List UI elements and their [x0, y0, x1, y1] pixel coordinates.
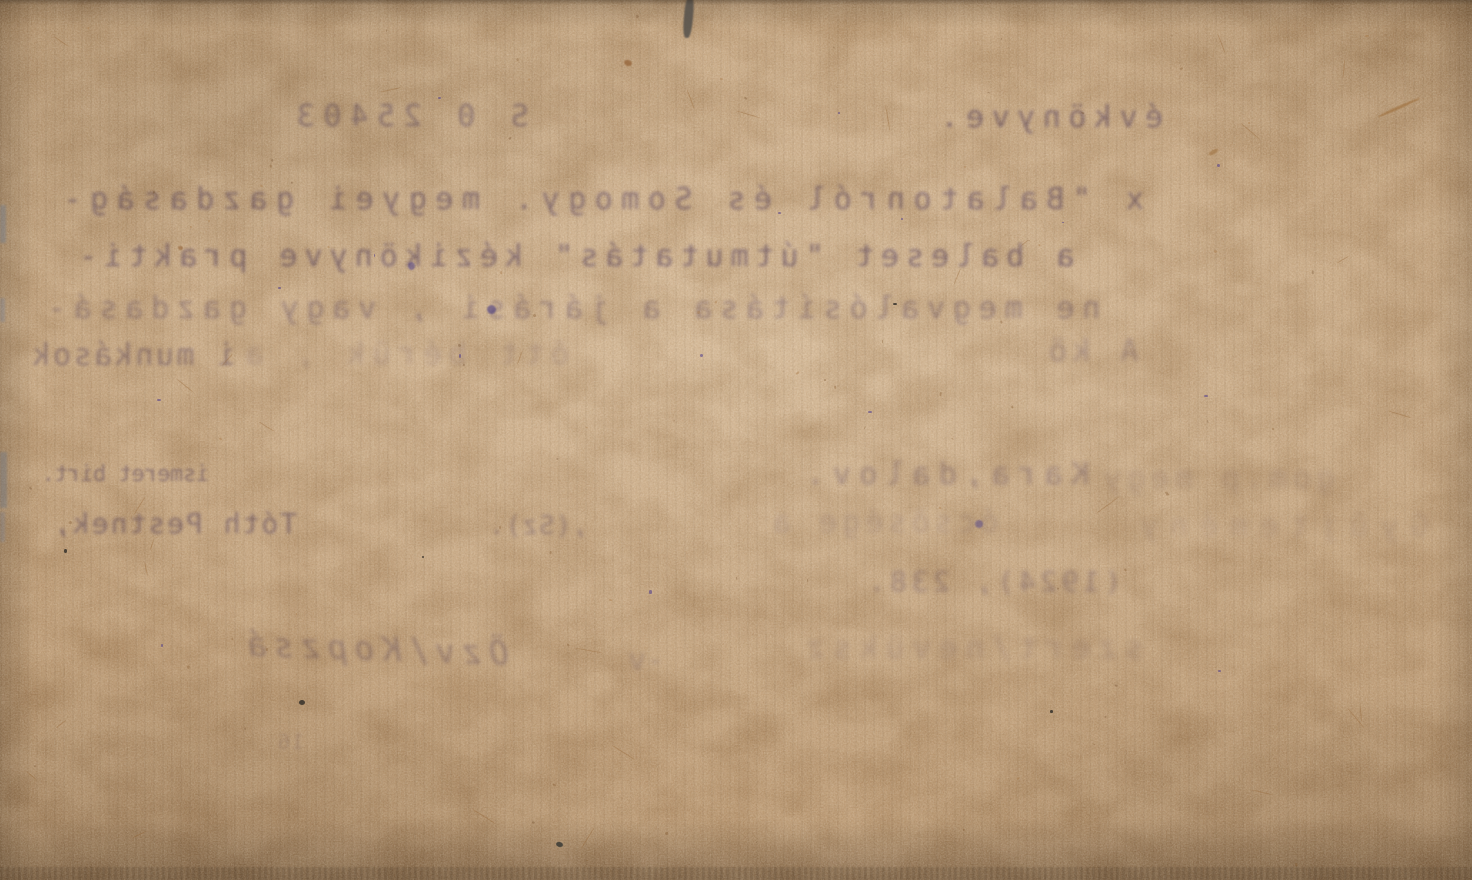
bleed-line-line-5b: ött bérük , a	[238, 340, 569, 370]
bleed-line-line-9c: szert/nevüksz	[798, 634, 1143, 664]
bleed-line-line-7c: ócsösége a	[768, 508, 999, 538]
bleed-line-margin-number: 16	[276, 732, 304, 752]
bleed-line-line-7a: Tóth Pestnek,	[52, 510, 297, 538]
bleed-line-line-7b: ,(Sz).	[488, 513, 588, 539]
bleed-line-line-6b: Kara,dalov.	[798, 460, 1089, 490]
bleed-line-line-7d: Gyüjtemény	[1128, 512, 1429, 542]
bleed-line-line-6c: gom.p megy	[1098, 464, 1335, 494]
bleed-line-line-6a: ismeret birt.	[42, 464, 209, 486]
bleed-line-line-8-date-pages: (1924), 238.	[864, 568, 1122, 596]
bleed-line-heading-evkonyve: évkönyve.	[933, 103, 1163, 133]
bleed-line-line-5c: A kö	[1043, 337, 1138, 367]
bleed-line-line-9b: -v	[628, 646, 664, 676]
card-bottom-edge-shadow	[0, 867, 1472, 880]
card-top-edge-shadow	[0, 0, 1472, 5]
bleed-line-line-3: a baleset "útmutatás" kézikönyve prakti-	[72, 242, 1074, 272]
bleed-line-line-9a-signature: Özv/Kopzsá	[240, 627, 510, 669]
mirrored-ink-bleedthrough-layer: S 0 25403évkönyve.x "Balatonról és Somog…	[0, 0, 1472, 880]
bleed-line-line-5a: i munkások	[30, 341, 236, 371]
bleed-line-line-4: ne megvalósítása a járási , vagy gazdasá…	[40, 294, 1100, 324]
bleed-line-call-number: S 0 25403	[288, 102, 529, 132]
bleed-line-line-2: x "Balatonról és Somogy. megyei gazdaság…	[55, 185, 1144, 215]
scanned-card: S 0 25403évkönyve.x "Balatonról és Somog…	[0, 0, 1472, 880]
